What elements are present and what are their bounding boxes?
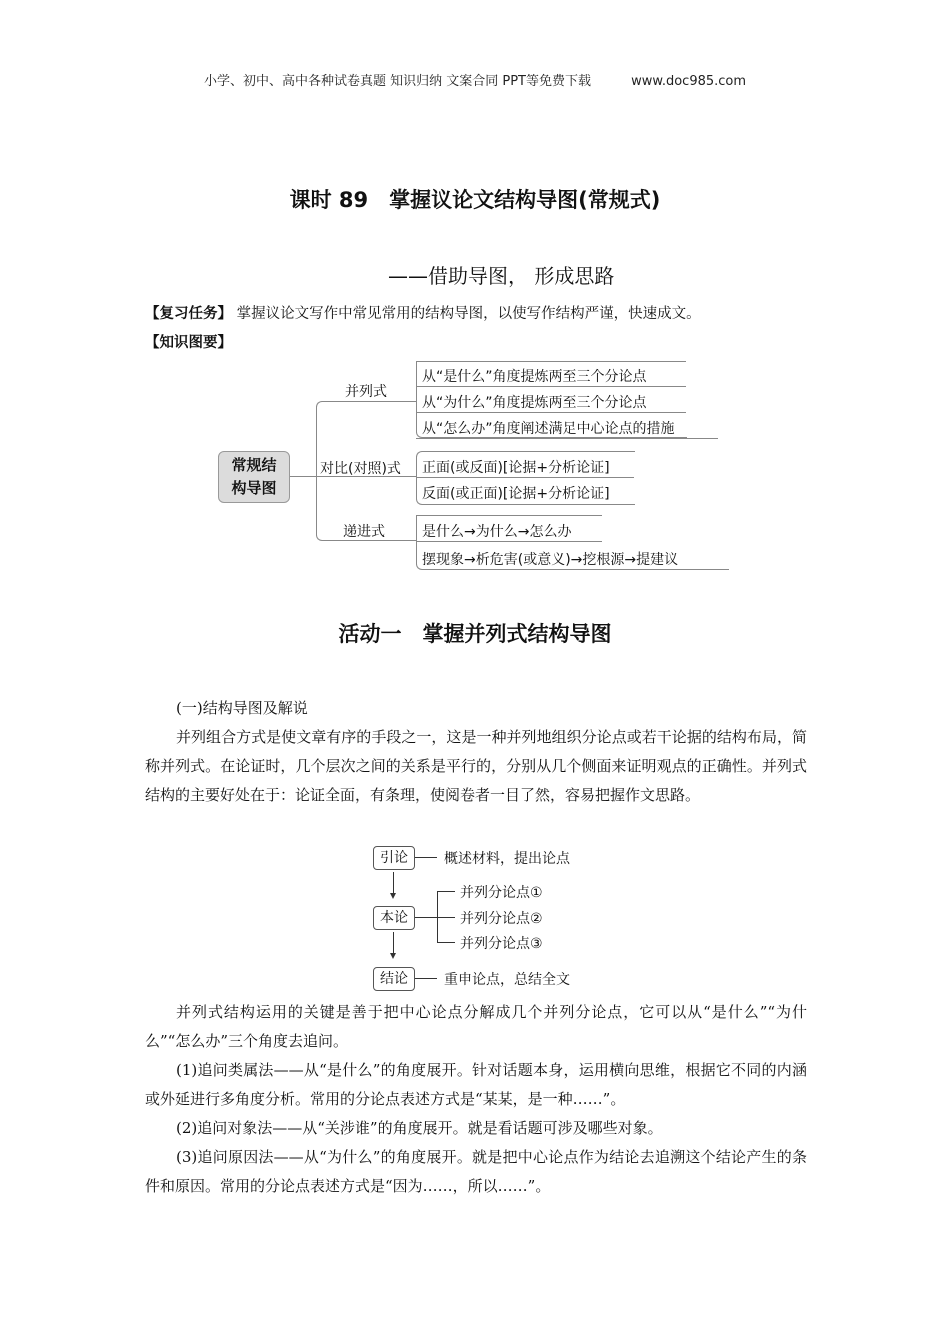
mind-map-item: 反面(或正面)[论据+分析论证]	[422, 483, 610, 503]
flow-box-conclusion: 结论	[373, 967, 415, 991]
subsection-heading: (一)结构导图及解说	[145, 694, 807, 723]
underline	[416, 361, 686, 362]
underline	[416, 412, 686, 413]
mind-map-root: 常规结 构导图	[218, 451, 290, 503]
method-1: (1)追问类属法——从“是什么”的角度展开。针对话题本身，运用横向思维，根据它不…	[145, 1056, 807, 1114]
mind-map-item: 摆现象→析危害(或意义)→挖根源→提建议	[422, 549, 678, 569]
flow-conclusion-text: 重申论点，总结全文	[444, 969, 570, 989]
underline	[416, 541, 602, 542]
underline	[416, 515, 602, 516]
flow-body-item: 并列分论点②	[460, 908, 543, 928]
connector	[437, 942, 455, 943]
connector	[415, 978, 437, 979]
mind-map-item: 是什么→为什么→怎么办	[422, 521, 571, 541]
underline	[416, 438, 718, 439]
method-3: (3)追问原因法——从“为什么”的角度展开。就是把中心论点作为结论去追溯这个结论…	[145, 1143, 807, 1201]
mind-map-item: 从“怎么办”角度阐述满足中心论点的措施	[422, 418, 675, 438]
branch-label-contrast: 对比(对照)式	[320, 458, 401, 478]
connector	[290, 476, 316, 477]
connector	[437, 891, 455, 892]
mind-map-item: 从“是什么”角度提炼两至三个分论点	[422, 366, 647, 386]
section-title: 活动一 掌握并列式结构导图	[0, 618, 950, 648]
arrow-down-icon	[393, 932, 394, 954]
connector	[437, 917, 455, 918]
flow-box-body: 本论	[373, 906, 415, 930]
branch-label-progressive: 递进式	[343, 521, 385, 541]
flow-body-item: 并列分论点③	[460, 933, 543, 953]
flow-body-item: 并列分论点①	[460, 882, 543, 902]
flow-box-intro: 引论	[373, 846, 415, 870]
arrow-down-icon	[393, 872, 394, 894]
connector	[415, 917, 437, 918]
mind-map: 常规结 构导图 并列式 对比(对照)式 递进式 从“是什么”角度提炼两至三个分论…	[0, 0, 950, 600]
mind-map-item: 从“为什么”角度提炼两至三个分论点	[422, 392, 647, 412]
root-line-1: 常规结	[219, 454, 289, 477]
connector	[415, 857, 437, 858]
flow-intro-text: 概述材料，提出论点	[444, 848, 570, 868]
method-2: (2)追问对象法——从“关涉谁”的角度展开。就是看话题可涉及哪些对象。	[145, 1114, 807, 1143]
paragraph-1: 并列组合方式是使文章有序的手段之一，这是一种并列地组织分论点或若干论据的结构布局…	[145, 723, 807, 810]
underline	[416, 477, 634, 478]
paragraph-2: 并列式结构运用的关键是善于把中心论点分解成几个并列分论点，它可以从“是什么”“为…	[145, 998, 807, 1056]
branch-label-parallel: 并列式	[345, 381, 387, 401]
root-line-2: 构导图	[219, 477, 289, 500]
underline	[416, 386, 686, 387]
mind-map-item: 正面(或反面)[论据+分析论证]	[422, 457, 610, 477]
